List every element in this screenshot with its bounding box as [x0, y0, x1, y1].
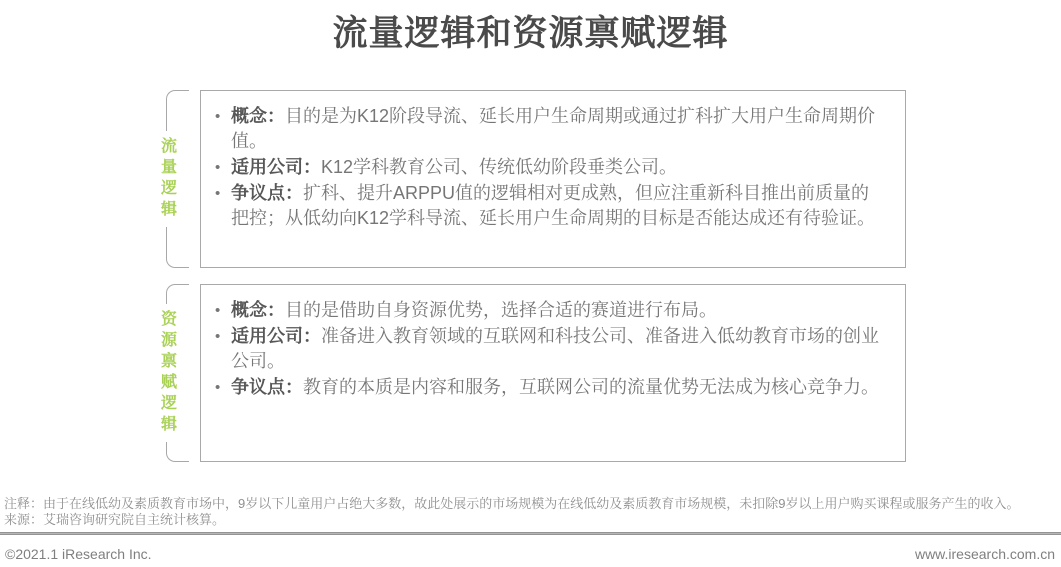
- section-box-traffic-logic: 概念：目的是为K12阶段导流、延长用户生命周期或通过扩科扩大用户生命周期价值。 …: [200, 90, 906, 268]
- section-box-resource-endowment: 概念：目的是借助自身资源优势，选择合适的赛道进行布局。 适用公司：准备进入教育领…: [200, 284, 906, 462]
- bullet-item-applicable-companies: 适用公司：准备进入教育领域的互联网和科技公司、准备进入低幼教育市场的创业公司。: [214, 324, 885, 374]
- website-text: www.iresearch.com.cn: [915, 546, 1055, 562]
- bullet-text: 扩科、提升ARPPU值的逻辑相对更成熟，但应注重新科目推出前质量的把控；从低幼向…: [231, 183, 875, 228]
- section-label-traffic-logic: 流量逻辑: [156, 131, 179, 227]
- page-title: 流量逻辑和资源禀赋逻辑: [0, 6, 1061, 56]
- bullet-item-controversy: 争议点：扩科、提升ARPPU值的逻辑相对更成熟，但应注重新科目推出前质量的把控；…: [214, 181, 885, 231]
- bullet-label: 争议点：: [231, 183, 303, 203]
- bullet-text: 准备进入教育领域的互联网和科技公司、准备进入低幼教育市场的创业公司。: [231, 326, 879, 371]
- bullet-list: 概念：目的是借助自身资源优势，选择合适的赛道进行布局。 适用公司：准备进入教育领…: [214, 298, 885, 400]
- source-line: 来源：艾瑞咨询研究院自主统计核算。: [4, 512, 1058, 528]
- section-bracket-traffic-logic: 流量逻辑: [166, 90, 189, 268]
- bullet-item-controversy: 争议点：教育的本质是内容和服务，互联网公司的流量优势无法成为核心竞争力。: [214, 375, 885, 400]
- bullet-label: 概念：: [231, 300, 285, 320]
- bullet-label: 概念：: [231, 106, 285, 126]
- bullet-text: K12学科教育公司、传统低幼阶段垂类公司。: [321, 157, 677, 177]
- bullet-item-applicable-companies: 适用公司：K12学科教育公司、传统低幼阶段垂类公司。: [214, 155, 885, 180]
- slide-page: 流量逻辑和资源禀赋逻辑 流量逻辑 概念：目的是为K12阶段导流、延长用户生命周期…: [0, 0, 1061, 567]
- bullet-item-concept: 概念：目的是借助自身资源优势，选择合适的赛道进行布局。: [214, 298, 885, 323]
- bottom-bar: ©2021.1 iResearch Inc. www.iresearch.com…: [0, 541, 1061, 567]
- bullet-text: 目的是借助自身资源优势，选择合适的赛道进行布局。: [285, 300, 717, 320]
- bullet-item-concept: 概念：目的是为K12阶段导流、延长用户生命周期或通过扩科扩大用户生命周期价值。: [214, 104, 885, 154]
- bullet-label: 适用公司：: [231, 157, 321, 177]
- bullet-text: 教育的本质是内容和服务，互联网公司的流量优势无法成为核心竞争力。: [303, 377, 879, 397]
- footer-notes: 注释：由于在线低幼及素质教育市场中，9岁以下儿童用户占绝大多数，故此处展示的市场…: [4, 496, 1058, 528]
- section-bracket-resource-endowment: 资源禀赋逻辑: [166, 284, 189, 462]
- note-line: 注释：由于在线低幼及素质教育市场中，9岁以下儿童用户占绝大多数，故此处展示的市场…: [4, 496, 1058, 512]
- bullet-label: 适用公司：: [231, 326, 321, 346]
- copyright-text: ©2021.1 iResearch Inc.: [5, 546, 152, 562]
- bottom-divider: [0, 532, 1061, 535]
- section-label-resource-endowment: 资源禀赋逻辑: [156, 304, 179, 442]
- bullet-text: 目的是为K12阶段导流、延长用户生命周期或通过扩科扩大用户生命周期价值。: [231, 106, 875, 151]
- bullet-label: 争议点：: [231, 377, 303, 397]
- bullet-list: 概念：目的是为K12阶段导流、延长用户生命周期或通过扩科扩大用户生命周期价值。 …: [214, 104, 885, 231]
